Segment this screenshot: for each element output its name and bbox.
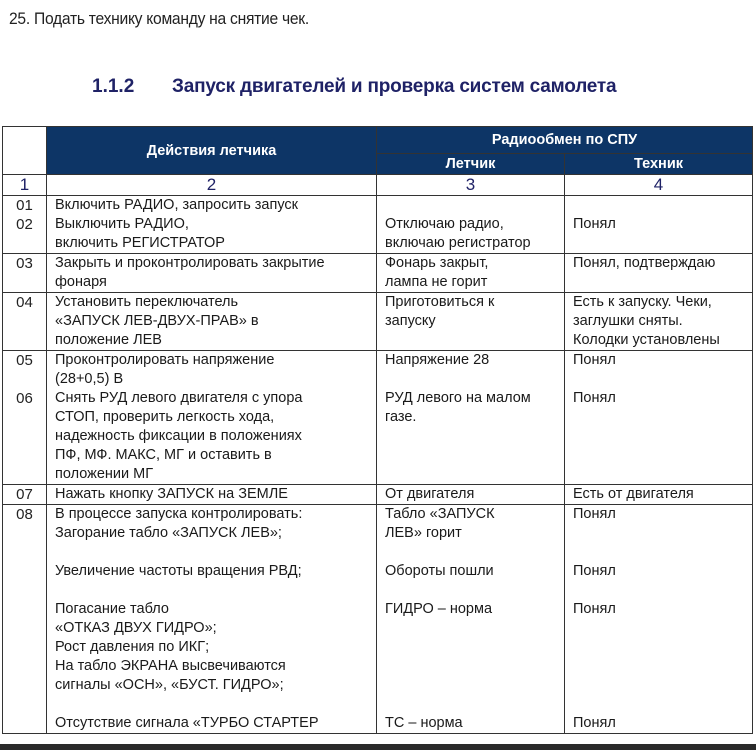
page-bottom-bar bbox=[0, 744, 756, 750]
cell-line: газе. bbox=[385, 408, 564, 427]
cell-line: 05 bbox=[3, 351, 46, 370]
cell-line: Снять РУД левого двигателя с упора bbox=[55, 389, 376, 408]
cell-line: Включить РАДИО, запросить запуск bbox=[55, 196, 376, 215]
step-number-cell: 08 bbox=[3, 505, 47, 734]
section-title: Запуск двигателей и проверка систем само… bbox=[172, 76, 616, 98]
step-number-cell: 07 bbox=[3, 485, 47, 505]
cell-line bbox=[573, 695, 752, 714]
cell-line: Понял bbox=[573, 389, 752, 408]
cell-line bbox=[55, 695, 376, 714]
cell-line: положение ЛЕВ bbox=[55, 331, 376, 350]
header-blank-cell bbox=[3, 127, 47, 175]
cell-line: Отсутствие сигнала «ТУРБО СТАРТЕР bbox=[55, 714, 376, 733]
cell-line: 07 bbox=[3, 485, 46, 504]
cell-line: СТОП, проверить легкость хода, bbox=[55, 408, 376, 427]
cell-line: включить РЕГИСТРАТОР bbox=[55, 234, 376, 253]
table-row: 04Установить переключатель«ЗАПУСК ЛЕВ-ДВ… bbox=[3, 293, 753, 351]
pilot-radio-cell: Табло «ЗАПУСКЛЕВ» горит Обороты пошли ГИ… bbox=[377, 505, 565, 734]
pilot-action-cell: Проконтролировать напряжение(28+0,5) ВСн… bbox=[47, 351, 377, 485]
cell-line bbox=[385, 638, 564, 657]
header-pilot: Летчик bbox=[377, 154, 565, 175]
cell-line: положении МГ bbox=[55, 465, 376, 484]
procedure-table: Действия летчика Радиообмен по СПУ Летчи… bbox=[2, 126, 753, 734]
cell-line: Есть к запуску. Чеки, bbox=[573, 293, 752, 312]
pilot-action-cell: Включить РАДИО, запросить запускВыключит… bbox=[47, 196, 377, 254]
cell-line bbox=[385, 676, 564, 695]
cell-line: Фонарь закрыт, bbox=[385, 254, 564, 273]
cell-line: 08 bbox=[3, 505, 46, 524]
pilot-radio-cell: Приготовиться кзапуску bbox=[377, 293, 565, 351]
column-number: 3 bbox=[377, 175, 565, 196]
cell-line bbox=[385, 695, 564, 714]
header-radio-exchange: Радиообмен по СПУ bbox=[377, 127, 753, 154]
cell-line: сигналы «ОСН», «БУСТ. ГИДРО»; bbox=[55, 676, 376, 695]
cell-line: ГИДРО – норма bbox=[385, 600, 564, 619]
cell-line bbox=[573, 619, 752, 638]
cell-line bbox=[573, 196, 752, 215]
cell-line: 03 bbox=[3, 254, 46, 273]
cell-line bbox=[55, 543, 376, 562]
cell-line: Табло «ЗАПУСК bbox=[385, 505, 564, 524]
cell-line: Понял bbox=[573, 714, 752, 733]
pilot-radio-cell: Отключаю радио,включаю регистратор bbox=[377, 196, 565, 254]
cell-line: запуску bbox=[385, 312, 564, 331]
header-technician: Техник bbox=[565, 154, 753, 175]
cell-line: (28+0,5) В bbox=[55, 370, 376, 389]
cell-line: «ЗАПУСК ЛЕВ-ДВУХ-ПРАВ» в bbox=[55, 312, 376, 331]
technician-radio-cell: Понял Понял Понял Понял bbox=[565, 505, 753, 734]
column-number: 2 bbox=[47, 175, 377, 196]
cell-line: Понял, подтверждаю bbox=[573, 254, 752, 273]
cell-line: «ОТКАЗ ДВУХ ГИДРО»; bbox=[55, 619, 376, 638]
section-number: 1.1.2 bbox=[92, 76, 134, 98]
technician-radio-cell: Понял, подтверждаю bbox=[565, 254, 753, 293]
cell-line: Погасание табло bbox=[55, 600, 376, 619]
cell-line: Понял bbox=[573, 600, 752, 619]
cell-line: 01 bbox=[3, 196, 46, 215]
table-row: 08В процессе запуска контролировать:Заго… bbox=[3, 505, 753, 734]
pilot-radio-cell: Напряжение 28 РУД левого на маломгазе. bbox=[377, 351, 565, 485]
cell-line: Напряжение 28 bbox=[385, 351, 564, 370]
cell-line: На табло ЭКРАНА высвечиваются bbox=[55, 657, 376, 676]
cell-line: надежность фиксации в положениях bbox=[55, 427, 376, 446]
previous-step-text: 25. Подать технику команду на снятие чек… bbox=[9, 9, 309, 29]
pilot-action-cell: Нажать кнопку ЗАПУСК на ЗЕМЛЕ bbox=[47, 485, 377, 505]
cell-line bbox=[55, 581, 376, 600]
cell-line bbox=[385, 543, 564, 562]
cell-line: Понял bbox=[573, 215, 752, 234]
header-pilot-actions: Действия летчика bbox=[47, 127, 377, 175]
cell-line: Проконтролировать напряжение bbox=[55, 351, 376, 370]
technician-radio-cell: Понял bbox=[565, 196, 753, 254]
cell-line: 06 bbox=[3, 389, 46, 408]
cell-line: Понял bbox=[573, 562, 752, 581]
cell-line: Нажать кнопку ЗАПУСК на ЗЕМЛЕ bbox=[55, 485, 376, 504]
cell-line: Загорание табло «ЗАПУСК ЛЕВ»; bbox=[55, 524, 376, 543]
cell-line bbox=[573, 524, 752, 543]
cell-line bbox=[573, 638, 752, 657]
cell-line: Рост давления по ИКГ; bbox=[55, 638, 376, 657]
cell-line: В процессе запуска контролировать: bbox=[55, 505, 376, 524]
cell-line: 04 bbox=[3, 293, 46, 312]
cell-line bbox=[3, 370, 46, 389]
cell-line: ЛЕВ» горит bbox=[385, 524, 564, 543]
cell-line: 02 bbox=[3, 215, 46, 234]
cell-line: Понял bbox=[573, 351, 752, 370]
step-number-cell: 04 bbox=[3, 293, 47, 351]
step-number-cell: 05 06 bbox=[3, 351, 47, 485]
table-row: 0102Включить РАДИО, запросить запускВыкл… bbox=[3, 196, 753, 254]
table-body: 0102Включить РАДИО, запросить запускВыкл… bbox=[3, 196, 753, 734]
cell-line: Выключить РАДИО, bbox=[55, 215, 376, 234]
cell-line: Понял bbox=[573, 505, 752, 524]
table-row: 05 06Проконтролировать напряжение(28+0,5… bbox=[3, 351, 753, 485]
cell-line: РУД левого на малом bbox=[385, 389, 564, 408]
cell-line: ПФ, МФ. МАКС, МГ и оставить в bbox=[55, 446, 376, 465]
cell-line: заглушки сняты. bbox=[573, 312, 752, 331]
pilot-action-cell: Установить переключатель«ЗАПУСК ЛЕВ-ДВУХ… bbox=[47, 293, 377, 351]
cell-line: фонаря bbox=[55, 273, 376, 292]
pilot-action-cell: В процессе запуска контролировать:Загора… bbox=[47, 505, 377, 734]
cell-line: Есть от двигателя bbox=[573, 485, 752, 504]
cell-line: включаю регистратор bbox=[385, 234, 564, 253]
cell-line bbox=[385, 370, 564, 389]
cell-line bbox=[385, 196, 564, 215]
technician-radio-cell: Есть от двигателя bbox=[565, 485, 753, 505]
cell-line: Установить переключатель bbox=[55, 293, 376, 312]
cell-line: Отключаю радио, bbox=[385, 215, 564, 234]
cell-line: Обороты пошли bbox=[385, 562, 564, 581]
cell-line: От двигателя bbox=[385, 485, 564, 504]
cell-line: Приготовиться к bbox=[385, 293, 564, 312]
cell-line bbox=[573, 657, 752, 676]
cell-line bbox=[573, 370, 752, 389]
step-number-cell: 03 bbox=[3, 254, 47, 293]
pilot-radio-cell: От двигателя bbox=[377, 485, 565, 505]
cell-line: лампа не горит bbox=[385, 273, 564, 292]
technician-radio-cell: Есть к запуску. Чеки,заглушки сняты.Коло… bbox=[565, 293, 753, 351]
cell-line: Колодки установлены bbox=[573, 331, 752, 350]
cell-line bbox=[385, 657, 564, 676]
column-number: 4 bbox=[565, 175, 753, 196]
pilot-action-cell: Закрыть и проконтролировать закрытиефона… bbox=[47, 254, 377, 293]
column-number: 1 bbox=[3, 175, 47, 196]
cell-line bbox=[573, 543, 752, 562]
cell-line bbox=[385, 581, 564, 600]
table-row: 07Нажать кнопку ЗАПУСК на ЗЕМЛЕОт двигат… bbox=[3, 485, 753, 505]
pilot-radio-cell: Фонарь закрыт,лампа не горит bbox=[377, 254, 565, 293]
cell-line: ТС – норма bbox=[385, 714, 564, 733]
cell-line: Закрыть и проконтролировать закрытие bbox=[55, 254, 376, 273]
technician-radio-cell: Понял Понял bbox=[565, 351, 753, 485]
cell-line bbox=[385, 619, 564, 638]
cell-line bbox=[573, 581, 752, 600]
cell-line: Увеличение частоты вращения РВД; bbox=[55, 562, 376, 581]
cell-line bbox=[573, 676, 752, 695]
step-number-cell: 0102 bbox=[3, 196, 47, 254]
table-row: 03Закрыть и проконтролировать закрытиефо… bbox=[3, 254, 753, 293]
